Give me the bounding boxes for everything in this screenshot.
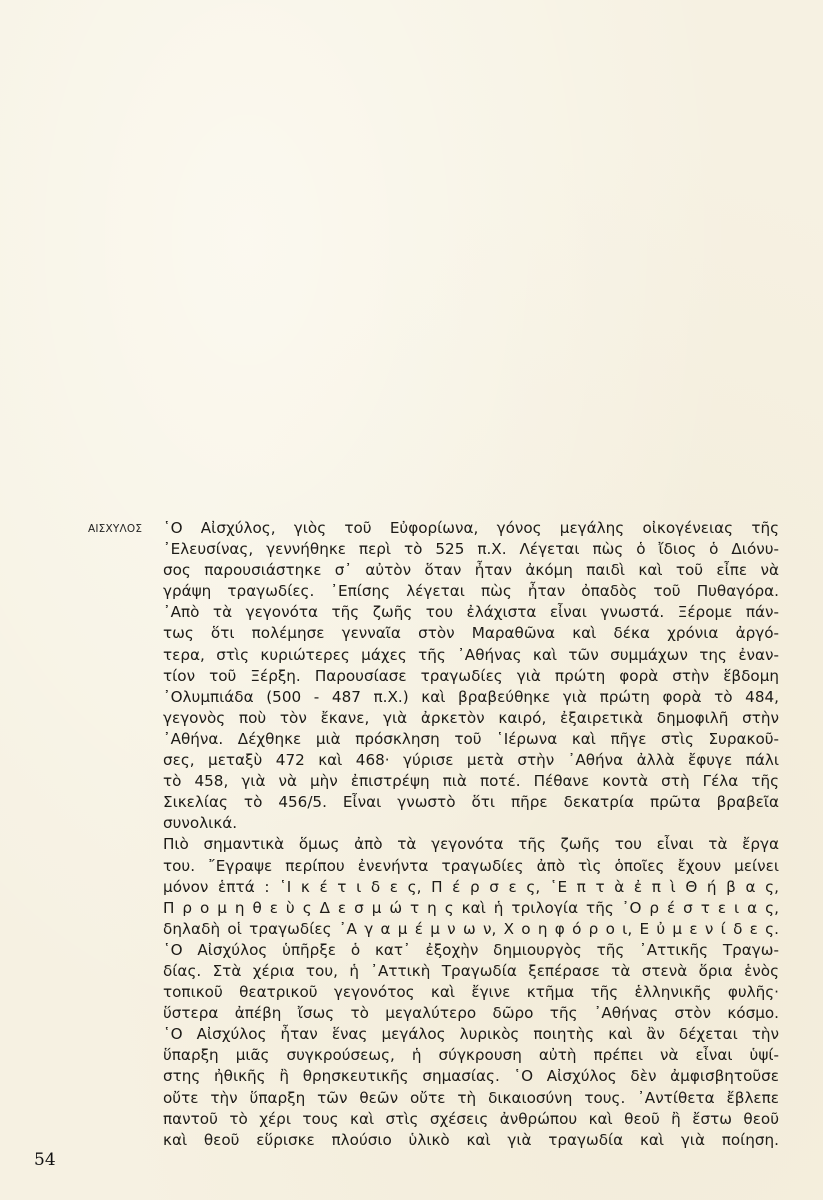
- text-line: Πιὸ σημαντικὰ ὅμως ἀπὸ τὰ γεγονότα τῆς ζ…: [163, 834, 779, 855]
- text-line: ᾿Απὸ τὰ γεγονότα τῆς ζωῆς του ἐλάχιστα ε…: [163, 602, 779, 623]
- text-line: σος παρουσιάστηκε σ᾿ αὐτὸν ὅταν ἦταν ἀκό…: [163, 560, 779, 581]
- text-line: ῾Ο Αἰσχύλος ὑπῆρξε ὁ κατ᾿ ἐξοχὴν δημιουρ…: [163, 940, 779, 961]
- book-page: ΑΙΣΧΥΛΟΣ ῾Ο Αἰσχύλος, γιὸς τοῦ Εὐφορίωνα…: [0, 0, 823, 1200]
- section-label: ΑΙΣΧΥΛΟΣ: [88, 522, 142, 536]
- text-line: ῾Ο Αἰσχύλος, γιὸς τοῦ Εὐφορίωνα, γόνος μ…: [163, 518, 779, 539]
- text-line: Π ρ ο μ η θ ε ὺ ς Δ ε σ μ ώ τ η ς καὶ ἡ …: [163, 898, 779, 919]
- text-line: στης ἠθικῆς ἢ θρησκευτικῆς σημασίας. ῾Ο …: [163, 1066, 779, 1087]
- text-line: ᾿Ελευσίνας, γεννήθηκε περὶ τὸ 525 π.Χ. Λ…: [163, 539, 779, 560]
- text-line: τὸ 458, γιὰ νὰ μὴν ἐπιστρέψη πιὰ ποτέ. Π…: [163, 771, 779, 792]
- body-text: ῾Ο Αἰσχύλος, γιὸς τοῦ Εὐφορίωνα, γόνος μ…: [163, 518, 779, 1151]
- text-line: καὶ θεοῦ εὕρισκε πλούσιο ὑλικὸ καὶ γιὰ τ…: [163, 1130, 779, 1151]
- text-line: ῾Ο Αἰσχύλος ἦταν ἕνας μεγάλος λυρικὸς πο…: [163, 1024, 779, 1045]
- text-line: Σικελίας τὸ 456/5. Εἶναι γνωστὸ ὅτι πῆρε…: [163, 792, 779, 813]
- text-line: σες, μεταξὺ 472 καὶ 468· γύρισε μετὰ στὴ…: [163, 750, 779, 771]
- text-line: γράψη τραγωδίες. ᾿Επίσης λέγεται πὼς ἦτα…: [163, 581, 779, 602]
- text-line: τίον τοῦ Ξέρξη. Παρουσίασε τραγωδίες γιὰ…: [163, 666, 779, 687]
- text-line: ᾿Ολυμπιάδα (500 - 487 π.Χ.) καὶ βραβεύθη…: [163, 687, 779, 708]
- text-line: μόνον ἑπτά : ῾Ι κ έ τ ι δ ε ς, Π έ ρ σ ε…: [163, 877, 779, 898]
- page-number: 54: [34, 1150, 56, 1170]
- text-line: του. ῎Εγραψε περίπου ἐνενήντα τραγωδίες …: [163, 856, 779, 877]
- text-line: ὕστερα ἀπέβη ἴσως τὸ μεγαλύτερο δῶρο τῆς…: [163, 1003, 779, 1024]
- text-line: ᾿Αθήνα. Δέχθηκε μιὰ πρόσκληση τοῦ ῾Ιέρων…: [163, 729, 779, 750]
- text-line: δίας. Στὰ χέρια του, ἡ ᾿Αττικὴ Τραγωδία …: [163, 961, 779, 982]
- text-line: συνολικά.: [163, 813, 779, 834]
- text-line: οὔτε τὴν ὕπαρξη τῶν θεῶν οὔτε τὴ δικαιοσ…: [163, 1088, 779, 1109]
- text-line: γεγονὸς ποὺ τὸν ἔκανε, γιὰ ἀρκετὸν καιρό…: [163, 708, 779, 729]
- text-line: δηλαδὴ οἱ τραγωδίες ᾿Α γ α μ έ μ ν ω ν, …: [163, 919, 779, 940]
- text-line: παντοῦ τὸ χέρι τους καὶ στὶς σχέσεις ἀνθ…: [163, 1109, 779, 1130]
- text-line: τερα, στὶς κυριώτερες μάχες τῆς ᾿Αθήνας …: [163, 645, 779, 666]
- text-line: τως ὅτι πολέμησε γενναῖα στὸν Μαραθῶνα κ…: [163, 623, 779, 644]
- text-line: ὕπαρξη μιᾶς συγκρούσεως, ἡ σύγκρουση αὐτ…: [163, 1045, 779, 1066]
- text-line: τοπικοῦ θεατρικοῦ γεγονότος καὶ ἔγινε κτ…: [163, 982, 779, 1003]
